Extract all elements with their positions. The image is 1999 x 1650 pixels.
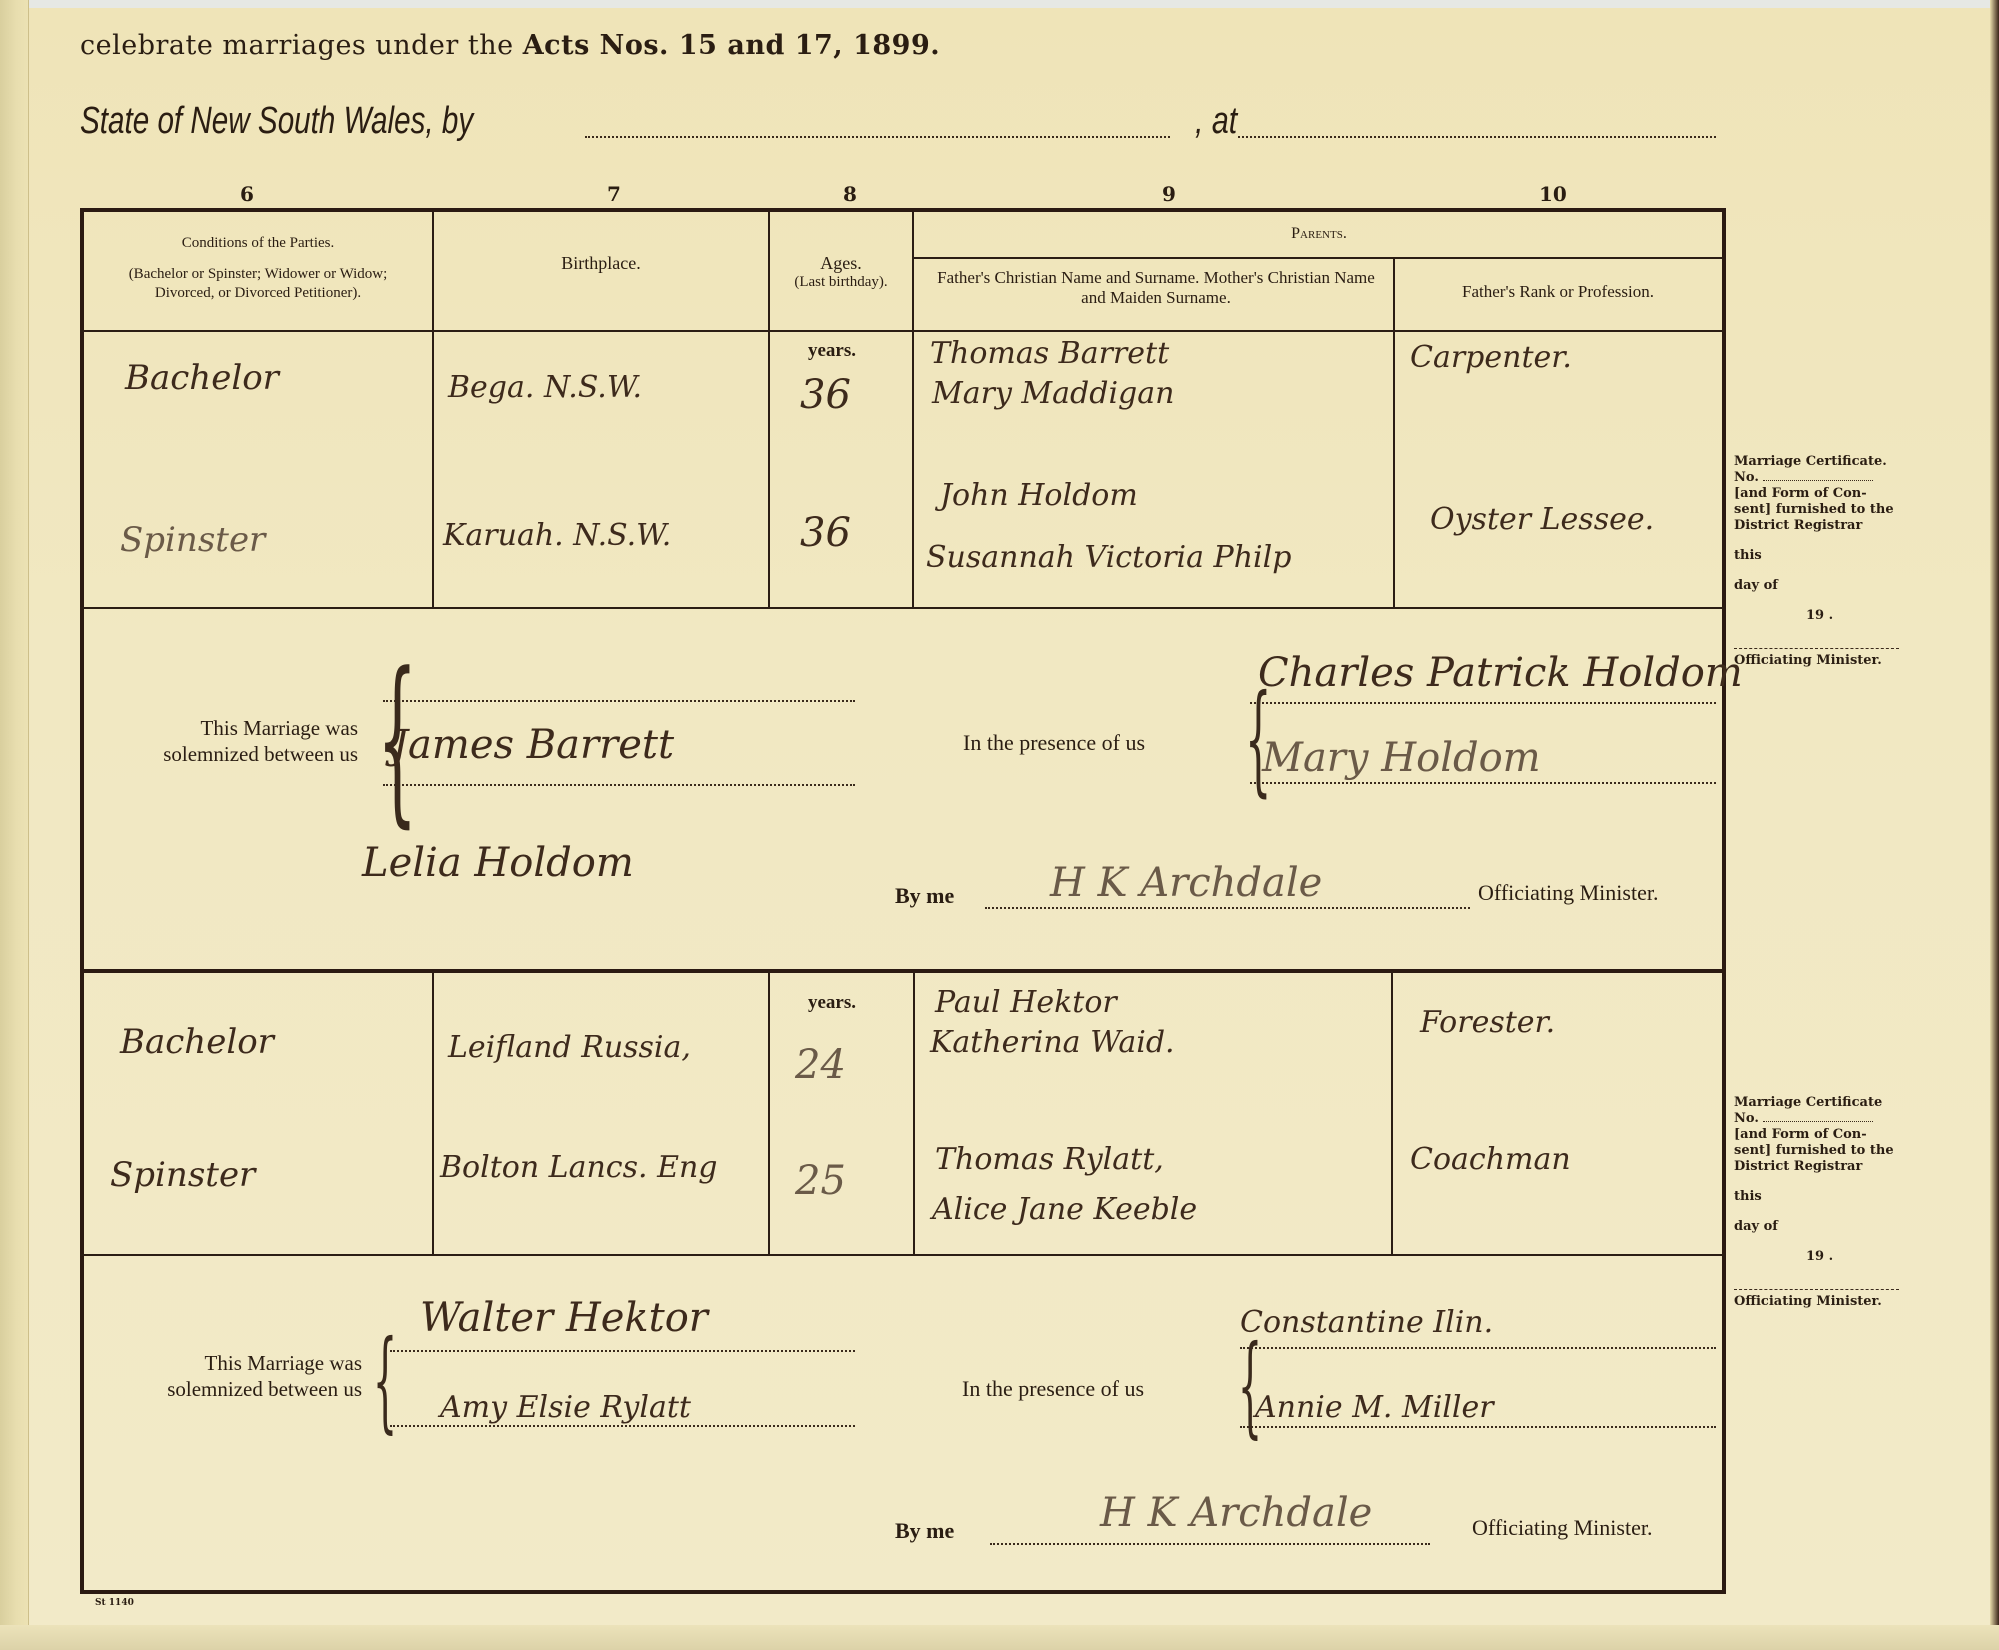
solemnized-label-line-1: This Marriage was <box>100 1350 362 1376</box>
margin-signature-line <box>1734 1289 1899 1290</box>
header-ages-sub: (Last birthday). <box>772 273 910 292</box>
bride-condition: Spinster <box>110 1155 255 1195</box>
margin-signature-line <box>1734 648 1899 649</box>
solemnized-label-line-2: solemnized between us <box>100 1376 362 1402</box>
table-top-border <box>80 208 1726 212</box>
groom-mother: Mary Maddigan <box>932 376 1174 411</box>
table-right-border <box>1722 210 1726 1594</box>
bride-age: 25 <box>795 1158 846 1204</box>
signature-line-1 <box>383 700 855 702</box>
column-number-8: 8 <box>843 182 857 206</box>
heading-line-1: celebrate marriages under the Acts Nos. … <box>80 30 940 61</box>
header-parents: Parents. <box>916 224 1722 243</box>
margin-certificate-label: Marriage Certificate. <box>1734 454 1904 470</box>
witness-2-signature: Annie M. Miller <box>1255 1390 1494 1425</box>
minister-signature: H K Archdale <box>1100 1490 1372 1536</box>
margin-no-field <box>1763 1121 1873 1122</box>
header-bottom-line <box>80 330 1724 332</box>
scan-bottom-edge <box>0 1625 1999 1650</box>
col-divider-8-9 <box>912 212 914 607</box>
by-field <box>585 136 1170 138</box>
groom-father-rank: Forester. <box>1420 1005 1555 1040</box>
heading-at: , at <box>1195 100 1237 143</box>
column-number-9: 9 <box>1162 182 1176 206</box>
header-ages: Ages. (Last birthday). <box>772 254 910 292</box>
header-father-rank: Father's Rank or Profession. <box>1396 282 1720 301</box>
bride-mother: Susannah Victoria Philp <box>926 540 1291 575</box>
signature-line-2 <box>383 784 855 786</box>
parents-divider <box>914 257 1722 259</box>
groom-birthplace: Bega. N.S.W. <box>448 370 642 405</box>
margin-furnished-line: sent] furnished to the <box>1734 502 1904 518</box>
bride-father: Thomas Rylatt, <box>935 1142 1164 1177</box>
groom-condition: Bachelor <box>120 1022 274 1062</box>
groom-signature: James Barrett <box>392 722 674 768</box>
margin-this: this <box>1734 1189 1904 1205</box>
signature-line-2 <box>390 1425 855 1427</box>
witness-2-signature: Mary Holdom <box>1262 735 1541 781</box>
minister-signature: H K Archdale <box>1050 860 1322 906</box>
margin-minister-label: Officiating Minister. <box>1734 1294 1904 1310</box>
witness-line-2 <box>1250 782 1716 784</box>
by-me-label: By me <box>895 883 954 909</box>
solemnized-label-line-2: solemnized between us <box>100 741 358 767</box>
groom-condition: Bachelor <box>125 358 279 398</box>
scan-top-edge <box>0 0 1999 8</box>
bride-father-rank: Oyster Lessee. <box>1430 502 1654 537</box>
witness-1-signature: Constantine Ilin. <box>1240 1305 1493 1340</box>
bride-condition: Spinster <box>120 520 265 560</box>
presence-label: In the presence of us <box>963 730 1145 756</box>
groom-birthplace: Leifland Russia, <box>448 1030 691 1065</box>
book-right-edge <box>1990 0 1999 1650</box>
entry-1-divider <box>80 607 1724 609</box>
bride-birthplace: Karuah. N.S.W. <box>443 518 671 553</box>
bride-father-rank: Coachman <box>1410 1142 1571 1177</box>
witness-1-signature: Charles Patrick Holdom <box>1258 650 1743 696</box>
header-conditions-title: Conditions of the Parties. <box>86 234 430 253</box>
form-number: St 1140 <box>95 1598 134 1608</box>
solemnized-label: This Marriage was solemnized between us <box>100 1350 362 1402</box>
col-divider-6-7-entry-2 <box>432 971 434 1254</box>
col-divider-6-7 <box>432 212 434 607</box>
margin-registrar-line: District Registrar <box>1734 1159 1904 1175</box>
header-conditions-sub: (Bachelor or Spinster; Widower or Widow;… <box>86 265 430 303</box>
bride-age: 36 <box>800 510 851 556</box>
margin-certificate-label: Marriage Certificate <box>1734 1095 1904 1111</box>
entry-1-bottom-border <box>80 969 1724 973</box>
header-birthplace: Birthplace. <box>436 254 766 273</box>
book-gutter <box>0 0 29 1650</box>
margin-year: 19 . <box>1734 1249 1904 1265</box>
margin-no-label: No. <box>1734 470 1759 485</box>
table-left-border <box>80 210 84 1594</box>
margin-minister-label: Officiating Minister. <box>1734 653 1904 669</box>
heading-line-2: State of New South Wales, by <box>80 100 473 143</box>
header-parent-names: Father's Christian Name and Surname. Mot… <box>924 268 1388 308</box>
margin-no-label: No. <box>1734 1111 1759 1126</box>
bride-birthplace: Bolton Lancs. Eng <box>440 1150 718 1185</box>
groom-age: 36 <box>800 372 851 418</box>
officiating-label: Officiating Minister. <box>1478 880 1658 906</box>
groom-father-rank: Carpenter. <box>1410 340 1572 375</box>
margin-this: this <box>1734 548 1904 564</box>
column-number-7: 7 <box>607 182 621 206</box>
signature-line-1 <box>390 1350 855 1352</box>
entry-2-divider <box>80 1254 1724 1256</box>
age-unit: years. <box>808 340 856 362</box>
presence-label: In the presence of us <box>962 1376 1144 1402</box>
col-divider-9-10-entry-2 <box>1391 971 1393 1254</box>
margin-form-line: [and Form of Con- <box>1734 1127 1904 1143</box>
margin-form-line: [and Form of Con- <box>1734 486 1904 502</box>
margin-registrar-line: District Registrar <box>1734 518 1904 534</box>
groom-signature: Walter Hektor <box>420 1295 708 1341</box>
brace-icon: { <box>373 1330 398 1430</box>
witness-line-1 <box>1250 702 1716 704</box>
column-number-6: 6 <box>240 182 254 206</box>
margin-furnished-line: sent] furnished to the <box>1734 1143 1904 1159</box>
witness-line-2 <box>1240 1426 1716 1428</box>
minister-line <box>990 1543 1430 1545</box>
groom-father: Paul Hektor <box>935 985 1117 1020</box>
margin-day-of: day of <box>1734 1219 1904 1235</box>
table-bottom-border <box>80 1590 1726 1594</box>
age-unit: years. <box>808 992 856 1014</box>
groom-age: 24 <box>795 1042 846 1088</box>
groom-mother: Katherina Waid. <box>930 1025 1175 1060</box>
margin-day-of: day of <box>1734 578 1904 594</box>
col-divider-7-8 <box>768 212 770 607</box>
margin-note-1: Marriage Certificate. No. [and Form of C… <box>1734 454 1904 669</box>
heading-acts: Acts Nos. 15 and 17, 1899. <box>523 30 940 61</box>
bride-signature: Amy Elsie Rylatt <box>440 1390 691 1425</box>
at-field <box>1238 136 1716 138</box>
by-me-label: By me <box>895 1518 954 1544</box>
solemnized-label-line-1: This Marriage was <box>100 715 358 741</box>
col-divider-9-10 <box>1393 258 1395 607</box>
solemnized-label: This Marriage was solemnized between us <box>100 715 358 767</box>
witness-line-1 <box>1240 1347 1716 1349</box>
margin-year: 19 . <box>1734 608 1904 624</box>
minister-line <box>985 907 1470 909</box>
header-conditions: Conditions of the Parties. (Bachelor or … <box>86 234 430 303</box>
heading-text: celebrate marriages under the <box>80 30 514 61</box>
column-number-10: 10 <box>1539 182 1567 206</box>
header-ages-title: Ages. <box>772 254 910 273</box>
margin-note-2: Marriage Certificate No. [and Form of Co… <box>1734 1095 1904 1310</box>
col-divider-7-8-entry-2 <box>768 971 770 1254</box>
officiating-label: Officiating Minister. <box>1472 1515 1652 1541</box>
bride-mother: Alice Jane Keeble <box>932 1192 1197 1227</box>
bride-father: John Holdom <box>940 478 1138 513</box>
col-divider-8-9-entry-2 <box>913 971 915 1254</box>
bride-signature: Lelia Holdom <box>362 840 634 886</box>
margin-no-field <box>1763 480 1873 481</box>
groom-father: Thomas Barrett <box>930 336 1169 371</box>
